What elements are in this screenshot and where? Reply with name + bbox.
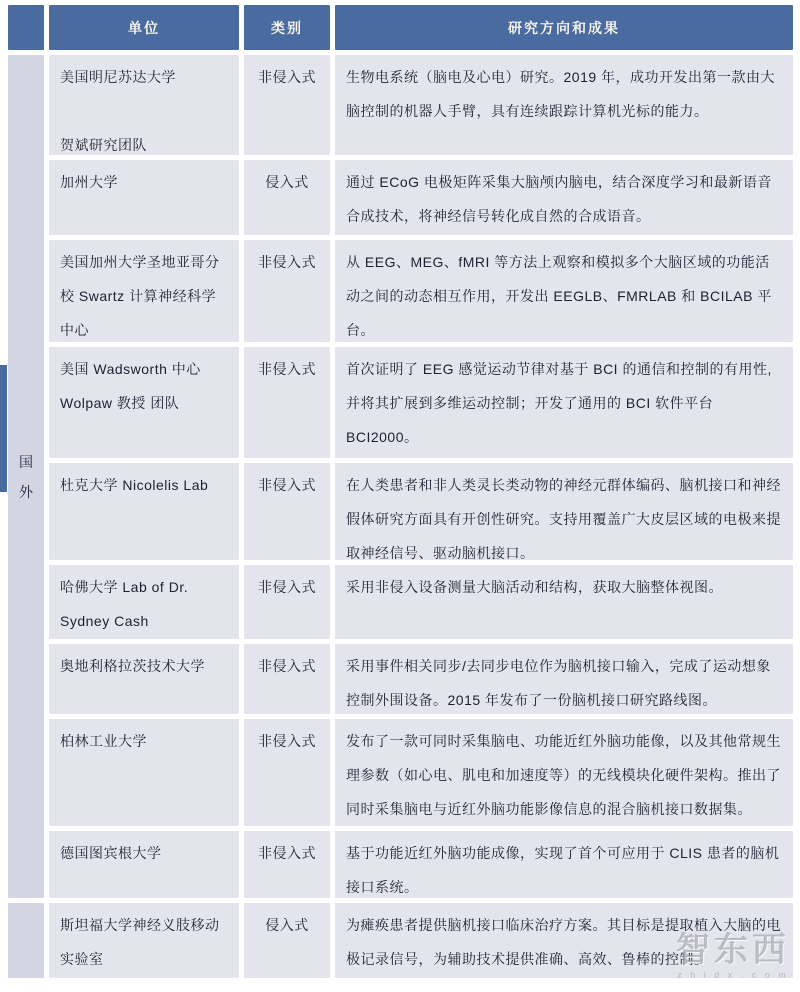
header-cell-unit: 单位 (49, 5, 239, 50)
research-cell: 通过 ECoG 电极矩阵采集大脑颅内脑电，结合深度学习和最新语音合成技术，将神经… (335, 160, 793, 235)
category-cell: 非侵入式 (244, 240, 330, 342)
category-cell: 侵入式 (244, 903, 330, 978)
research-cell: 首次证明了 EEG 感觉运动节律对基于 BCI 的通信和控制的有用性,并将其扩展… (335, 347, 793, 458)
research-cell: 基于功能近红外脑功能成像，实现了首个可应用于 CLIS 患者的脑机接口系统。 (335, 831, 793, 898)
category-cell: 非侵入式 (244, 565, 330, 639)
group-label-char: 外 (19, 482, 33, 502)
category-cell: 非侵入式 (244, 347, 330, 458)
unit-cell: 斯坦福大学神经义肢移动实验室 (49, 903, 239, 978)
unit-cell: 德国图宾根大学 (49, 831, 239, 898)
research-cell: 采用事件相关同步/去同步电位作为脑机接口输入，完成了运动想象控制外围设备。201… (335, 644, 793, 714)
category-cell: 非侵入式 (244, 55, 330, 155)
header-cell-group (8, 5, 44, 50)
group-label-char: 国 (19, 452, 33, 472)
unit-cell: 美国 Wadsworth 中心 Wolpaw 教授 团队 (49, 347, 239, 458)
research-table: 单位 类别 研究方向和成果 国 外 美国明尼苏达大学 贺斌研究团队 非侵入式 生… (8, 5, 793, 978)
unit-cell: 美国加州大学圣地亚哥分校 Swartz 计算神经科学中心 (49, 240, 239, 342)
research-cell: 从 EEG、MEG、fMRI 等方法上观察和模拟多个大脑区域的功能活动之间的动态… (335, 240, 793, 342)
research-cell: 采用非侵入设备测量大脑活动和结构，获取大脑整体视图。 (335, 565, 793, 639)
category-cell: 非侵入式 (244, 644, 330, 714)
research-cell: 在人类患者和非人类灵长类动物的神经元群体编码、脑机接口和神经假体研究方面具有开创… (335, 463, 793, 560)
category-cell: 非侵入式 (244, 463, 330, 560)
research-cell: 生物电系统（脑电及心电）研究。2019 年，成功开发出第一款由大脑控制的机器人手… (335, 55, 793, 155)
header-cell-research: 研究方向和成果 (335, 5, 793, 50)
group-label-cell: 国 外 (8, 55, 44, 898)
header-cell-category: 类别 (244, 5, 330, 50)
unit-cell: 哈佛大学 Lab of Dr. Sydney Cash (49, 565, 239, 639)
unit-cell: 杜克大学 Nicolelis Lab (49, 463, 239, 560)
research-cell: 为瘫痪患者提供脑机接口临床治疗方案。其目标是提取植入大脑的电极记录信号，为辅助技… (335, 903, 793, 978)
unit-cell: 柏林工业大学 (49, 719, 239, 826)
category-cell: 非侵入式 (244, 719, 330, 826)
group-empty-cell (8, 903, 44, 978)
left-edge-sliver (0, 365, 7, 492)
research-cell: 发布了一款可同时采集脑电、功能近红外脑功能像，以及其他常规生理参数（如心电、肌电… (335, 719, 793, 826)
unit-cell: 奥地利格拉茨技术大学 (49, 644, 239, 714)
category-cell: 非侵入式 (244, 831, 330, 898)
category-cell: 侵入式 (244, 160, 330, 235)
unit-cell: 美国明尼苏达大学 贺斌研究团队 (49, 55, 239, 155)
unit-cell: 加州大学 (49, 160, 239, 235)
